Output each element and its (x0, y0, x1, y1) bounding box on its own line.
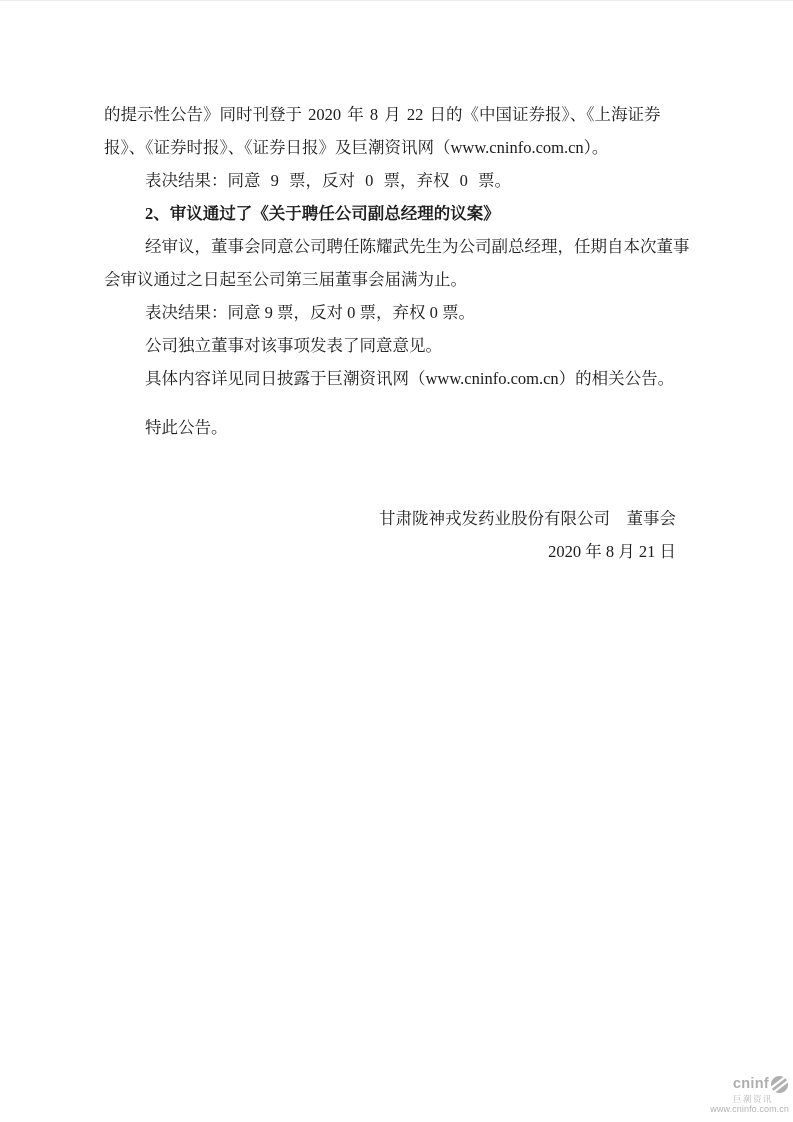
signature-company: 甘肃陇神戎发药业股份有限公司 董事会 (104, 502, 684, 535)
cninfo-logo-row: cninf (705, 1075, 789, 1094)
paragraph-line: 报》、《证券时报》、《证券日报》及巨潮资讯网（www.cninfo.com.cn… (104, 131, 684, 164)
signature-date: 2020 年 8 月 21 日 (104, 535, 684, 568)
detail-notice-line: 具体内容详见同日披露于巨潮资讯网（www.cninfo.com.cn）的相关公告… (104, 362, 684, 395)
document-page: 的提示性公告》同时刊登于 2020 年 8 月 22 日的《中国证券报》、《上海… (0, 0, 793, 1122)
paragraph-line: 经审议，董事会同意公司聘任陈耀武先生为公司副总经理，任期自本次董事 (104, 230, 684, 263)
closing-line: 特此公告。 (104, 411, 684, 444)
cninfo-logo: cninf 巨潮资讯 www.cninfo.com.cn (705, 1075, 789, 1115)
document-body: 的提示性公告》同时刊登于 2020 年 8 月 22 日的《中国证券报》、《上海… (104, 98, 684, 568)
cninfo-brand-cn: 巨潮资讯 (705, 1095, 773, 1104)
cninfo-brand-text: cninf (733, 1077, 769, 1092)
vote-result-line: 表决结果：同意 9 票，反对 0 票，弃权 0 票。 (104, 296, 684, 329)
vote-result-line: 表决结果：同意 9 票，反对 0 票，弃权 0 票。 (104, 164, 684, 197)
paragraph-line: 的提示性公告》同时刊登于 2020 年 8 月 22 日的《中国证券报》、《上海… (104, 98, 684, 131)
blank-spacer (104, 395, 684, 411)
cninfo-url: www.cninfo.com.cn (705, 1105, 789, 1114)
independent-opinion-line: 公司独立董事对该事项发表了同意意见。 (104, 329, 684, 362)
paragraph-line: 会审议通过之日起至公司第三届董事会届满为止。 (104, 263, 684, 296)
cninfo-swirl-icon (770, 1075, 789, 1094)
blank-spacer (104, 444, 684, 502)
section-heading: 2、审议通过了《关于聘任公司副总经理的议案》 (104, 197, 684, 230)
